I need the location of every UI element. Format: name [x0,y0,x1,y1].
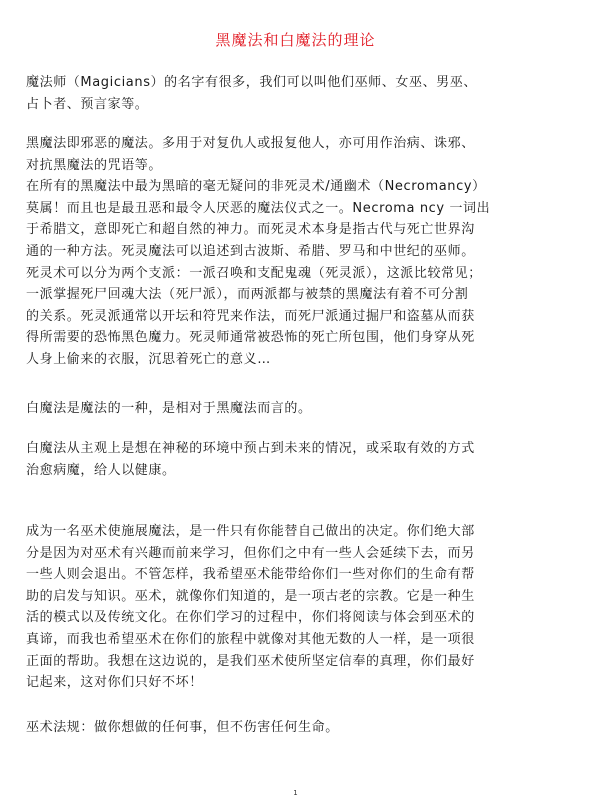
text-line: 白魔法从主观上是想在神秘的环境中预占到未来的情况，或采取有效的方式 [26,438,568,460]
text-line: 于希腊文，意即死亡和超自然的神力。而死灵术本身是指古代与死亡世界沟 [26,219,568,241]
text-line: 占卜者、预言家等。 [26,94,568,116]
document-title: 黑魔法和白魔法的理论 [0,30,591,50]
text-line: 治愈病魔，给人以健康。 [26,460,568,482]
text-line: 活的模式以及传统文化。在你们学习的过程中，你们将阅读与体会到巫术的 [26,607,568,629]
paragraph-magicians-names: 魔法师（Magicians）的名字有很多，我们可以叫他们巫师、女巫、男巫、 占卜… [26,72,568,115]
paragraph-black-magic: 黑魔法即邪恶的魔法。多用于对复仇人或报复他人，亦可用作治病、诛邪、 对抗黑魔法的… [26,133,568,371]
text-line: 真谛，而我也希望巫术在你们的旅程中就像对其他无数的人一样，是一项很 [26,629,568,651]
text-line: 死灵术可以分为两个支派：一派召唤和支配鬼魂（死灵派），这派比较常见； [26,263,568,285]
text-line: 一些人则会退出。不管怎样，我希望巫术能带给你们一些对你们的生命有帮 [26,564,568,586]
text-line: 通的一种方法。死灵魔法可以追述到古波斯、希腊、罗马和中世纪的巫师。 [26,241,568,263]
document-page: 黑魔法和白魔法的理论 魔法师（Magicians）的名字有很多，我们可以叫他们巫… [0,0,591,803]
text-line: 人身上偷来的衣服，沉思着死亡的意义… [26,349,568,371]
paragraph-white-magic-purpose: 白魔法从主观上是想在神秘的环境中预占到未来的情况，或采取有效的方式 治愈病魔，给… [26,438,568,481]
paragraph-witch-law: 巫术法规：做你想做的任何事，但不伤害任何生命。 [26,717,568,739]
text-line: 白魔法是魔法的一种，是相对于黑魔法而言的。 [26,398,568,420]
text-line: 黑魔法即邪恶的魔法。多用于对复仇人或报复他人，亦可用作治病、诛邪、 [26,133,568,155]
paragraph-becoming-witch: 成为一名巫术使施展魔法，是一件只有你能替自己做出的决定。你们绝大部 分是因为对巫… [26,521,568,694]
text-line: 巫术法规：做你想做的任何事，但不伤害任何生命。 [26,717,568,739]
text-line: 在所有的黑魔法中最为黑暗的毫无疑问的非死灵术/通幽术（Necromancy） [26,176,568,198]
text-line: 一派掌握死尸回魂大法（死尸派），而两派都与被禁的黑魔法有着不可分割 [26,284,568,306]
page-number: 1 [0,789,591,797]
text-line: 得所需要的恐怖黑色魔力。死灵师通常被恐怖的死亡所包围，他们身穿从死 [26,327,568,349]
text-line: 分是因为对巫术有兴趣而前来学习，但你们之中有一些人会延续下去，而另 [26,543,568,565]
text-line: 助的启发与知识。巫术，就像你们知道的，是一项古老的宗教。它是一种生 [26,586,568,608]
paragraph-white-magic-intro: 白魔法是魔法的一种，是相对于黑魔法而言的。 [26,398,568,420]
text-line: 正面的帮助。我想在这边说的，是我们巫术使所坚定信奉的真理，你们最好 [26,651,568,673]
text-line: 的关系。死灵派通常以开坛和符咒来作法，而死尸派通过掘尸和盗墓从而获 [26,306,568,328]
text-line: 莫属！而且也是最丑恶和最令人厌恶的魔法仪式之一。Necroma ncy 一词出 [26,198,568,220]
text-line: 对抗黑魔法的咒语等。 [26,155,568,177]
text-line: 魔法师（Magicians）的名字有很多，我们可以叫他们巫师、女巫、男巫、 [26,72,568,94]
text-line: 记起来，这对你们只好不坏！ [26,672,568,694]
text-line: 成为一名巫术使施展魔法，是一件只有你能替自己做出的决定。你们绝大部 [26,521,568,543]
